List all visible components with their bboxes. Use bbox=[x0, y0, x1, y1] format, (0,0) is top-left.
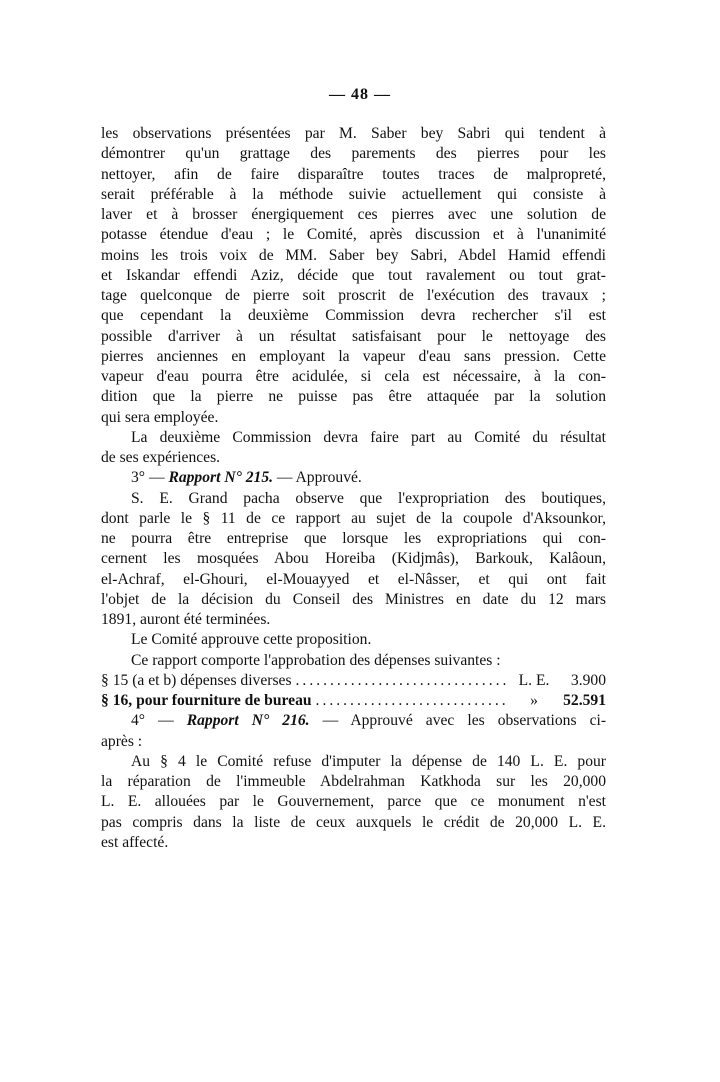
expense-amount: 3.900 bbox=[556, 671, 606, 691]
text-line: les observations présentées par M. Saber… bbox=[101, 124, 606, 144]
rapport-216-title: Rapport N° 216. bbox=[187, 712, 310, 729]
text-line: l'objet de la décision du Conseil des Mi… bbox=[101, 590, 606, 610]
text-line: Ce rapport comporte l'approbation des dé… bbox=[101, 651, 606, 671]
text-line: démontrer qu'un grattage des parements d… bbox=[101, 144, 606, 164]
expense-currency: » bbox=[512, 691, 556, 711]
expense-label: § 16, pour fourniture de bureau bbox=[101, 691, 312, 711]
document-body: les observations présentées par M. Saber… bbox=[101, 124, 606, 853]
text-line: possible d'arriver à un résultat satisfa… bbox=[101, 327, 606, 347]
dash: — bbox=[273, 469, 296, 486]
text-line: tage quelconque de pierre soit proscrit … bbox=[101, 286, 606, 306]
expense-row-15: § 15 (a et b) dépenses diverses ........… bbox=[101, 671, 606, 691]
rapport-215-number: 3° bbox=[131, 469, 145, 486]
text-line: Au § 4 le Comité refuse d'imputer la dép… bbox=[101, 752, 606, 772]
paragraph-block-paragraph-4: Au § 4 le Comité refuse d'imputer la dép… bbox=[101, 752, 606, 853]
text-line: dont parle le § 11 de ce rapport au suje… bbox=[101, 509, 606, 529]
text-line: potasse étendue d'eau ; le Comité, après… bbox=[101, 225, 606, 245]
page-number: — 48 — bbox=[0, 86, 720, 104]
text-line: de ses expériences. bbox=[101, 448, 606, 468]
text-line: que cependant la deuxième Commission dev… bbox=[101, 306, 606, 326]
text-line: laver et à brosser énergiquement ces pie… bbox=[101, 205, 606, 225]
dash: — bbox=[310, 712, 351, 729]
text-line: vapeur d'eau pourra être acidulée, si ce… bbox=[101, 367, 606, 387]
dash: — bbox=[145, 712, 187, 729]
text-line: qui sera employée. bbox=[101, 408, 606, 428]
dash: — bbox=[145, 469, 168, 486]
text-line: cernent les mosquées Abou Horeiba (Kidjm… bbox=[101, 549, 606, 569]
rapport-216-number: 4° bbox=[131, 712, 145, 729]
text-line: el-Achraf, el-Ghouri, el-Mouayyed et el-… bbox=[101, 570, 606, 590]
text-line: et Iskandar effendi Aziz, décide que tou… bbox=[101, 266, 606, 286]
text-line: pas compris dans la liste de ceux auxque… bbox=[101, 813, 606, 833]
text-line: L. E. allouées par le Gouvernement, parc… bbox=[101, 792, 606, 812]
text-line: serait préférable à la méthode suivie ac… bbox=[101, 185, 606, 205]
text-line: ne pourra être entreprise que lorsque le… bbox=[101, 529, 606, 549]
text-line: La deuxième Commission devra faire part … bbox=[101, 428, 606, 448]
rapport-216-heading: 4° — Rapport N° 216. — Approuvé avec les… bbox=[101, 711, 606, 731]
expense-row-16: § 16, pour fourniture de bureau ........… bbox=[101, 691, 606, 711]
paragraph-block-expropriation: S. E. Grand pacha observe que l'expropri… bbox=[101, 489, 606, 671]
paragraph-block-observations: les observations présentées par M. Saber… bbox=[101, 124, 606, 468]
text-line: S. E. Grand pacha observe que l'expropri… bbox=[101, 489, 606, 509]
dot-leader: ........................................… bbox=[296, 671, 508, 691]
text-line: moins les trois voix de MM. Saber bey Sa… bbox=[101, 246, 606, 266]
rapport-215-heading: 3° — Rapport N° 215. — Approuvé. bbox=[101, 468, 606, 488]
text-line: la réparation de l'immeuble Abdelrahman … bbox=[101, 772, 606, 792]
text-line: 1891, auront été terminées. bbox=[101, 610, 606, 630]
rapport-216-status: Approuvé avec les observations ci- bbox=[350, 712, 606, 729]
expense-label: § 15 (a et b) dépenses diverses bbox=[101, 671, 292, 691]
dot-leader: ........................................… bbox=[316, 691, 508, 711]
expense-currency: L. E. bbox=[512, 671, 556, 691]
rapport-215-title: Rapport N° 215. bbox=[168, 469, 273, 486]
text-line: nettoyer, afin de faire disparaître tout… bbox=[101, 165, 606, 185]
rapport-215-status: Approuvé. bbox=[296, 469, 362, 486]
text-line: pierres anciennes en employant la vapeur… bbox=[101, 347, 606, 367]
text-line: Le Comité approuve cette proposition. bbox=[101, 630, 606, 650]
text-line: dition que la pierre ne puisse pas être … bbox=[101, 387, 606, 407]
text-line: est affecté. bbox=[101, 833, 606, 853]
expense-amount: 52.591 bbox=[556, 691, 606, 711]
rapport-216-continuation: après : bbox=[101, 732, 606, 752]
